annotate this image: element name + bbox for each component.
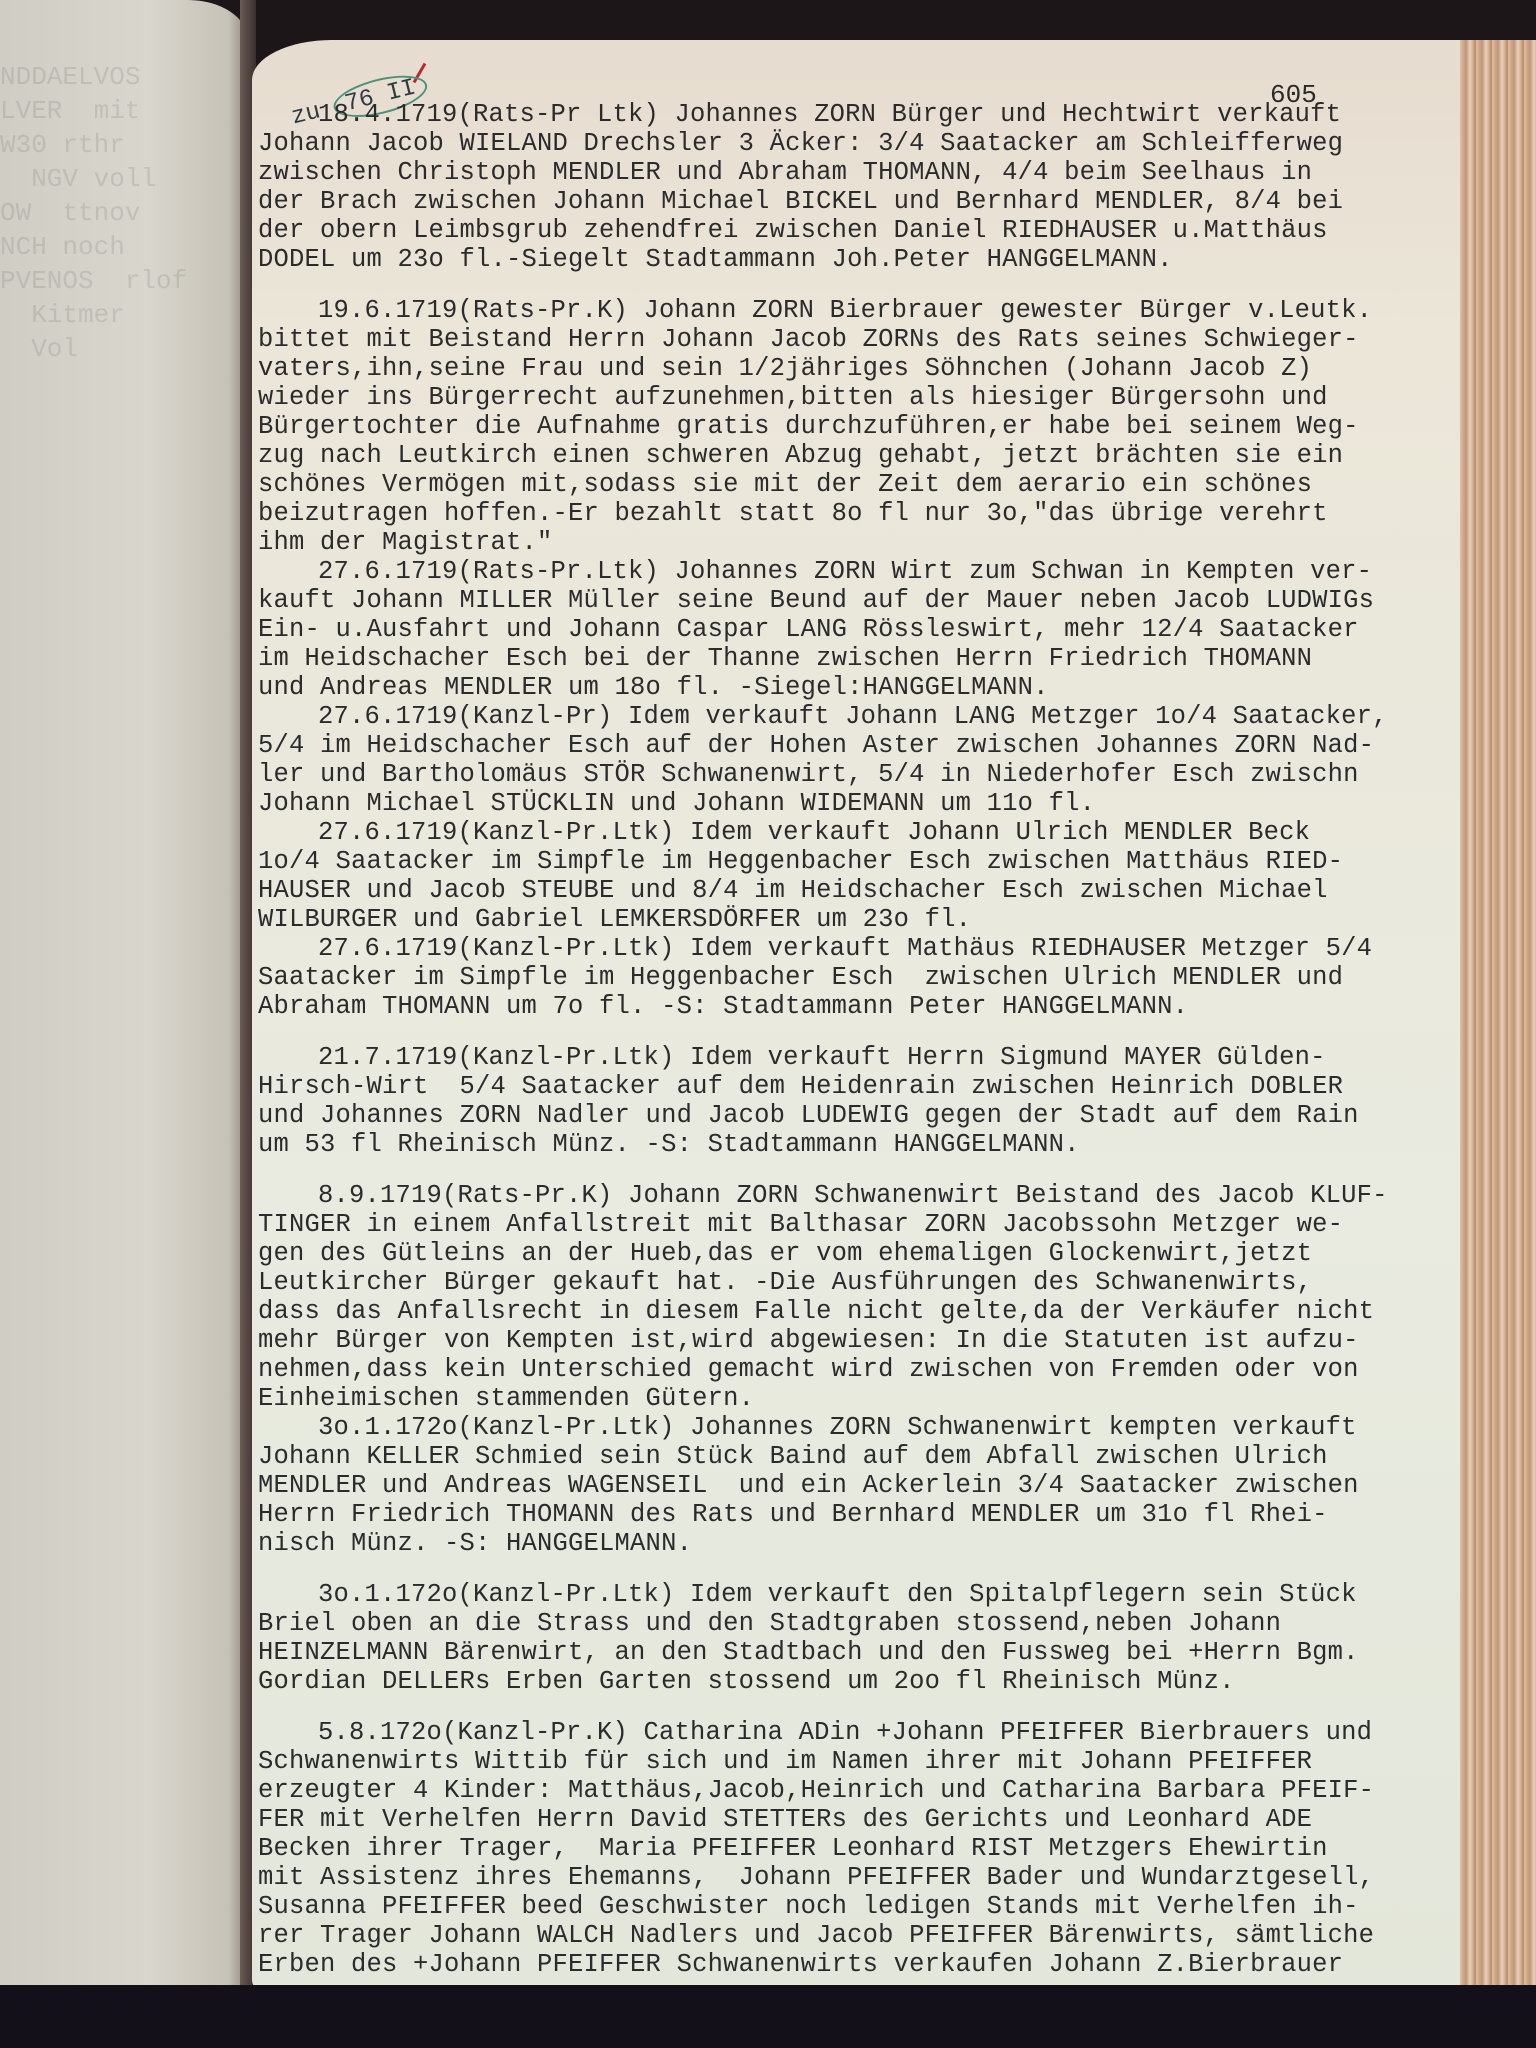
entry-text-line: WILBURGER und Gabriel LEMKERSDÖRFER um 2… [258, 905, 1483, 934]
entry-text-line: Bürgertochter die Aufnahme gratis durchz… [258, 412, 1483, 441]
entry-text-line: FER mit Verhelfen Herrn David STETTERs d… [258, 1805, 1483, 1834]
entry-text-line: und Andreas MENDLER um 18o fl. -Siegel:H… [258, 673, 1483, 702]
entry-text-line: der Brach zwischen Johann Michael BICKEL… [258, 187, 1483, 216]
facing-left-page: NDDAELVOS LVER mit W30 rthr NGV voll OW … [0, 0, 248, 1990]
entry-text-line: mehr Bürger von Kempten ist,wird abgewie… [258, 1326, 1483, 1355]
register-entry: 27.6.1719(Kanzl-Pr.Ltk) Idem verkauft Ma… [258, 934, 1483, 1021]
entry-text-line: ihm der Magistrat." [258, 528, 1483, 557]
entry-text-line: nisch Münz. -S: HANGGELMANN. [258, 1529, 1483, 1558]
register-entry: 27.6.1719(Kanzl-Pr) Idem verkauft Johann… [258, 702, 1483, 818]
entry-heading-line: 27.6.1719(Kanzl-Pr.Ltk) Idem verkauft Ma… [258, 934, 1483, 963]
entry-heading-line: 27.6.1719(Kanzl-Pr) Idem verkauft Johann… [258, 702, 1483, 731]
entry-text-line: schönes Vermögen mit,sodass sie mit der … [258, 470, 1483, 499]
typed-text-body: 18.4.1719(Rats-Pr Ltk) Johannes ZORN Bür… [258, 100, 1483, 2001]
entry-heading-line: 19.6.1719(Rats-Pr.K) Johann ZORN Bierbra… [258, 296, 1483, 325]
entry-text-line: kauft Johann MILLER Müller seine Beund a… [258, 586, 1483, 615]
bleed-through-text: NDDAELVOS LVER mit W30 rthr NGV voll OW … [0, 60, 240, 366]
entry-text-line: Gordian DELLERs Erben Garten stossend um… [258, 1667, 1483, 1696]
register-entry: 27.6.1719(Kanzl-Pr.Ltk) Idem verkauft Jo… [258, 818, 1483, 934]
entry-text-line: Ein- u.Ausfahrt und Johann Caspar LANG R… [258, 615, 1483, 644]
entry-text-line: Einheimischen stammenden Gütern. [258, 1384, 1483, 1413]
entry-text-line: zug nach Leutkirch einen schweren Abzug … [258, 441, 1483, 470]
entry-heading-line: 18.4.1719(Rats-Pr Ltk) Johannes ZORN Bür… [258, 100, 1483, 129]
entry-text-line: Leutkircher Bürger gekauft hat. -Die Aus… [258, 1268, 1483, 1297]
entry-text-line: dass das Anfallsrecht in diesem Falle ni… [258, 1297, 1483, 1326]
entry-text-line: HEINZELMANN Bärenwirt, an den Stadtbach … [258, 1638, 1483, 1667]
entry-heading-line: 5.8.172o(Kanzl-Pr.K) Catharina ADin +Joh… [258, 1718, 1483, 1747]
entry-heading-line: 27.6.1719(Kanzl-Pr.Ltk) Idem verkauft Jo… [258, 818, 1483, 847]
entry-text-line: beizutragen hoffen.-Er bezahlt statt 8o … [258, 499, 1483, 528]
register-entry: 3o.1.172o(Kanzl-Pr.Ltk) Idem verkauft de… [258, 1580, 1483, 1696]
entry-text-line: der obern Leimbsgrub zehendfrei zwischen… [258, 216, 1483, 245]
entry-text-line: HAUSER und Jacob STEUBE und 8/4 im Heids… [258, 876, 1483, 905]
register-entry: 5.8.172o(Kanzl-Pr.K) Catharina ADin +Joh… [258, 1718, 1483, 1979]
entry-text-line: gen des Gütleins an der Hueb,das er vom … [258, 1239, 1483, 1268]
entry-text-line: wieder ins Bürgerrecht aufzunehmen,bitte… [258, 383, 1483, 412]
entry-text-line: DODEL um 23o fl.-Siegelt Stadtammann Joh… [258, 245, 1483, 274]
entry-text-line: Erben des +Johann PFEIFFER Schwanenwirts… [258, 1950, 1483, 1979]
entry-text-line: Johann Jacob WIELAND Drechsler 3 Äcker: … [258, 129, 1483, 158]
entry-text-line: und Johannes ZORN Nadler und Jacob LUDEW… [258, 1101, 1483, 1130]
entry-text-line: Saatacker im Simpfle im Heggenbacher Esc… [258, 963, 1483, 992]
register-entry: 19.6.1719(Rats-Pr.K) Johann ZORN Bierbra… [258, 296, 1483, 557]
entry-text-line: vaters,ihn,seine Frau und sein 1/2jährig… [258, 354, 1483, 383]
entry-text-line: Schwanenwirts Wittib für sich und im Nam… [258, 1747, 1483, 1776]
entry-text-line: im Heidschacher Esch bei der Thanne zwis… [258, 644, 1483, 673]
entry-text-line: rer Trager Johann WALCH Nadlers und Jaco… [258, 1921, 1483, 1950]
entry-heading-line: 21.7.1719(Kanzl-Pr.Ltk) Idem verkauft He… [258, 1043, 1483, 1072]
entry-text-line: Hirsch-Wirt 5/4 Saatacker auf dem Heiden… [258, 1072, 1483, 1101]
entry-text-line: erzeugter 4 Kinder: Matthäus,Jacob,Heinr… [258, 1776, 1483, 1805]
entry-text-line: TINGER in einem Anfallstreit mit Balthas… [258, 1210, 1483, 1239]
entry-text-line: um 53 fl Rheinisch Münz. -S: Stadtammann… [258, 1130, 1483, 1159]
register-entry: 8.9.1719(Rats-Pr.K) Johann ZORN Schwanen… [258, 1181, 1483, 1413]
entry-heading-line: 27.6.1719(Rats-Pr.Ltk) Johannes ZORN Wir… [258, 557, 1483, 586]
register-entry: 21.7.1719(Kanzl-Pr.Ltk) Idem verkauft He… [258, 1043, 1483, 1159]
entry-text-line: Johann Michael STÜCKLIN und Johann WIDEM… [258, 789, 1483, 818]
entry-text-line: bittet mit Beistand Herrn Johann Jacob Z… [258, 325, 1483, 354]
entry-text-line: Briel oben an die Strass und den Stadtgr… [258, 1609, 1483, 1638]
register-entry: 18.4.1719(Rats-Pr Ltk) Johannes ZORN Bür… [258, 100, 1483, 274]
entry-text-line: Johann KELLER Schmied sein Stück Baind a… [258, 1442, 1483, 1471]
entry-text-line: 1o/4 Saatacker im Simpfle im Heggenbache… [258, 847, 1483, 876]
register-entry: 3o.1.172o(Kanzl-Pr.Ltk) Johannes ZORN Sc… [258, 1413, 1483, 1558]
entry-text-line: nehmen,dass kein Unterschied gemacht wir… [258, 1355, 1483, 1384]
entry-heading-line: 8.9.1719(Rats-Pr.K) Johann ZORN Schwanen… [258, 1181, 1483, 1210]
entry-text-line: MENDLER und Andreas WAGENSEIL und ein Ac… [258, 1471, 1483, 1500]
entry-text-line: 5/4 im Heidschacher Esch auf der Hohen A… [258, 731, 1483, 760]
entry-text-line: Abraham THOMANN um 7o fl. -S: Stadtamman… [258, 992, 1483, 1021]
entry-text-line: ler und Bartholomäus STÖR Schwanenwirt, … [258, 760, 1483, 789]
entry-text-line: mit Assistenz ihres Ehemanns, Johann PFE… [258, 1863, 1483, 1892]
entry-text-line: Becken ihrer Trager, Maria PFEIFFER Leon… [258, 1834, 1483, 1863]
entry-text-line: Susanna PFEIFFER beed Geschwister noch l… [258, 1892, 1483, 1921]
entry-heading-line: 3o.1.172o(Kanzl-Pr.Ltk) Idem verkauft de… [258, 1580, 1483, 1609]
entry-text-line: zwischen Christoph MENDLER und Abraham T… [258, 158, 1483, 187]
entry-text-line: Herrn Friedrich THOMANN des Rats und Ber… [258, 1500, 1483, 1529]
entry-heading-line: 3o.1.172o(Kanzl-Pr.Ltk) Johannes ZORN Sc… [258, 1413, 1483, 1442]
register-entry: 27.6.1719(Rats-Pr.Ltk) Johannes ZORN Wir… [258, 557, 1483, 702]
